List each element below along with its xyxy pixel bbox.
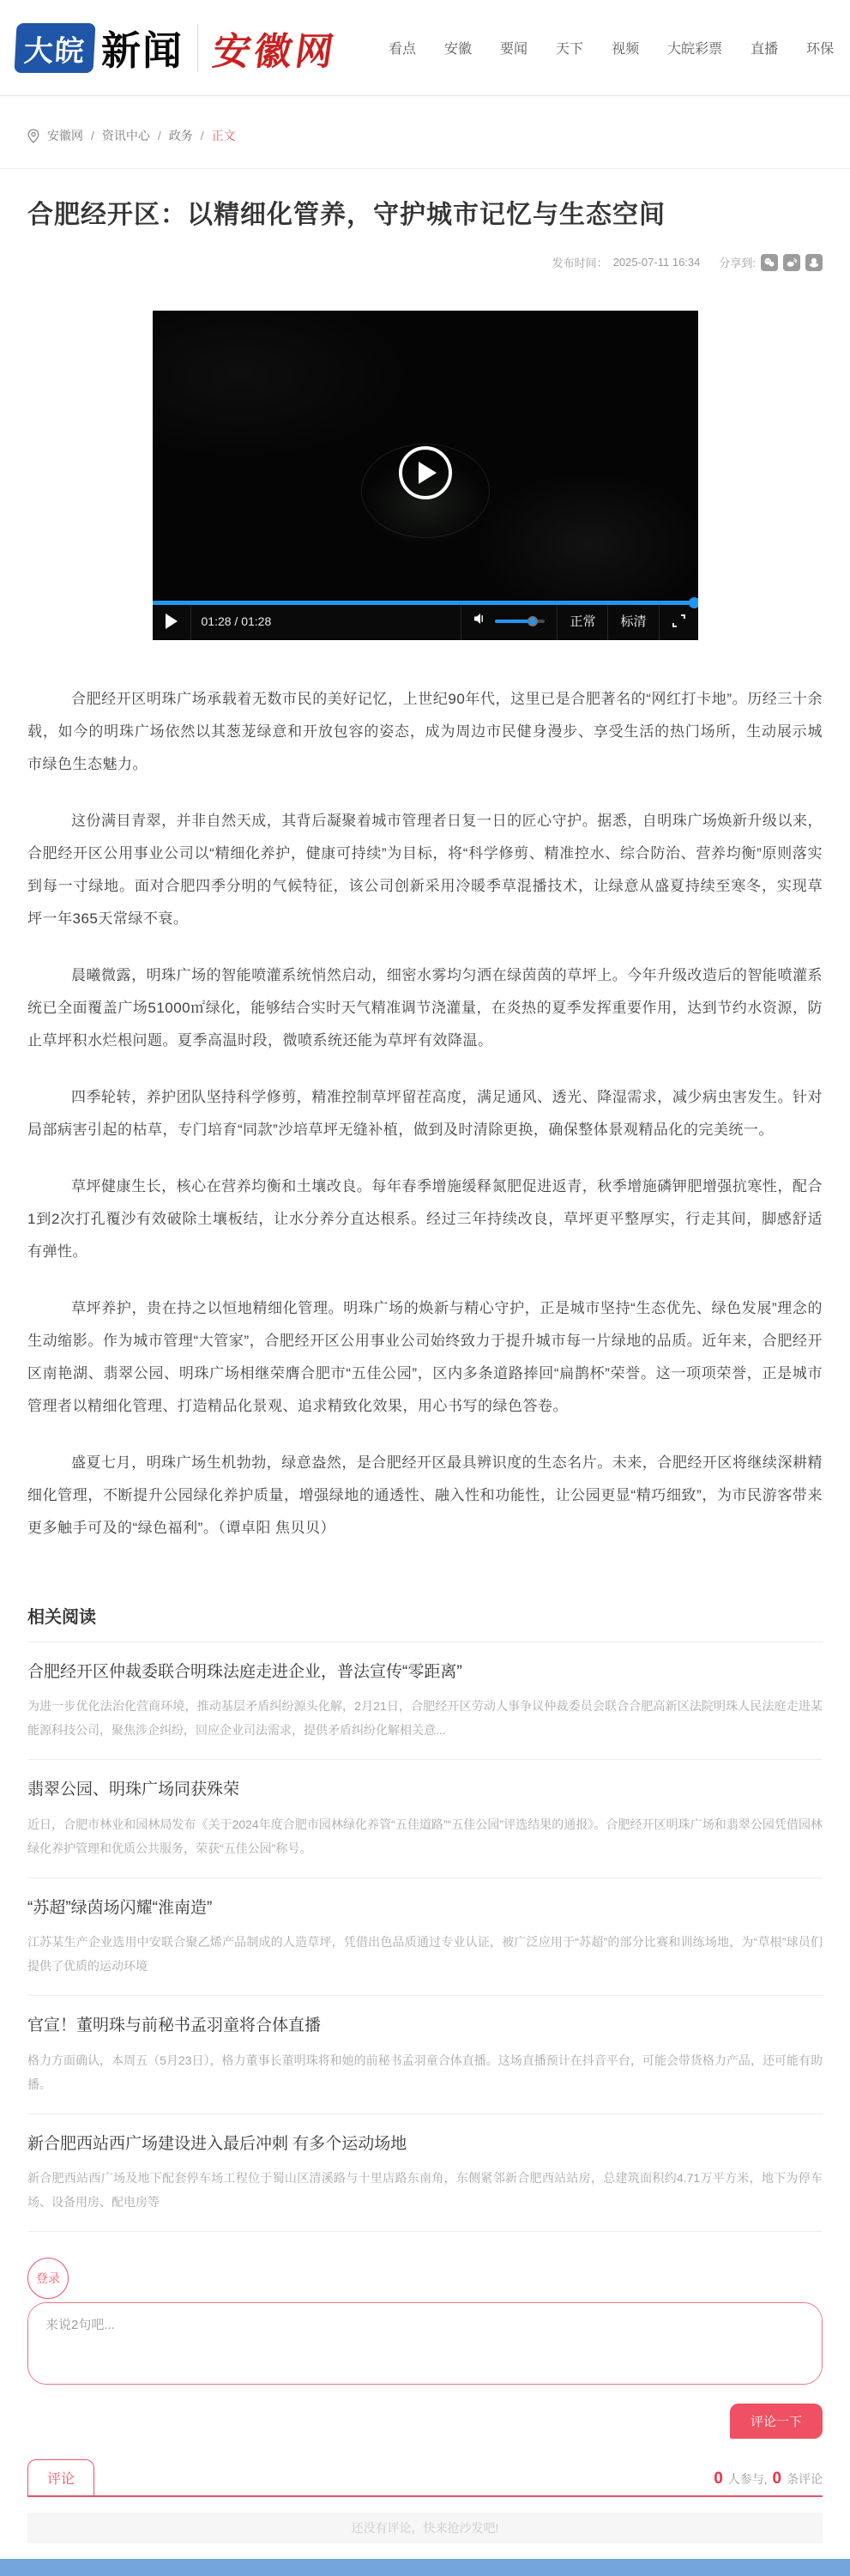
related-item: 翡翠公园、明珠广场同获殊荣 近日，合肥市林业和园林局发布《关于2024年度合肥市… — [27, 1760, 823, 1878]
location-pin-icon — [27, 129, 39, 142]
related-item: 合肥经开区仲裁委联合明珠法庭走进企业，普法宣传“零距离” 为进一步优化法治化营商… — [27, 1642, 823, 1761]
share-wechat-icon[interactable] — [761, 254, 778, 271]
breadcrumb-wrap: 安徽网 / 资讯中心 / 政务 / 正文 — [0, 96, 850, 169]
dawan-news-logo[interactable]: 大皖 新闻 — [15, 20, 184, 76]
volume-handle[interactable] — [527, 616, 538, 626]
related-item-summary: 近日，合肥市林业和园林局发布《关于2024年度合肥市园林绿化养管“五佳道路”“五… — [27, 1812, 823, 1860]
share-icons — [761, 254, 823, 271]
comment-input-box — [27, 2302, 823, 2385]
share-weibo-icon[interactable] — [783, 254, 800, 271]
video-controls: 01:28 / 01:28 正常 标清 — [153, 602, 698, 640]
page: 大皖 新闻 安徽网 看点 安徽 要闻 天下 视频 大皖彩票 直播 环保 安徽网 … — [0, 0, 850, 2576]
related-item: 官宣！董明珠与前秘书孟羽童将合体直播 格力方面确认，本周五（5月23日），格力董… — [27, 1996, 823, 2114]
article-paragraph: 晨曦微露，明珠广场的智能喷灌系统悄然启动，细密水雾均匀洒在绿茵茵的草坪上。今年升… — [27, 959, 823, 1057]
breadcrumb-separator: / — [91, 129, 94, 142]
comment-section: 登录 评论一下 评论 0 人参与, 0 条评论 还没有评论，快来抢沙发吧! — [27, 2258, 823, 2543]
playback-rate-button[interactable]: 正常 — [557, 602, 607, 640]
comment-counts: 0 人参与, 0 条评论 — [712, 2470, 823, 2495]
logo-divider — [197, 24, 198, 72]
related-item-title[interactable]: 合肥经开区仲裁委联合明珠法庭走进企业，普法宣传“零距离” — [27, 1661, 823, 1684]
nav-item-lottery[interactable]: 大皖彩票 — [667, 38, 722, 57]
video-progress-handle[interactable] — [689, 597, 698, 608]
related-item: 新合肥西站西广场建设进入最后冲刺 有多个运动场地 新合肥西站西广场及地下配套停车… — [27, 2114, 823, 2233]
breadcrumb-separator: / — [158, 129, 161, 142]
video-play-overlay-button[interactable] — [399, 446, 452, 499]
comment-submit-button[interactable]: 评论一下 — [730, 2404, 823, 2439]
nav-item-eco[interactable]: 环保 — [806, 38, 834, 57]
article-paragraph: 四季轮转，养护团队坚持科学修剪，精准控制草坪留茬高度，满足通风、透光、降湿需求，… — [27, 1081, 823, 1146]
volume-slider[interactable] — [495, 620, 545, 623]
video-volume-group — [461, 602, 557, 640]
breadcrumb-news-center[interactable]: 资讯中心 — [102, 127, 150, 144]
comments-count: 0 — [771, 2470, 784, 2488]
quality-button[interactable]: 标清 — [607, 602, 658, 640]
share-label: 分享到: — [719, 254, 756, 270]
article-paragraph: 草坪健康生长，核心在营养均衡和土壤改良。每年春季增施缓释氮肥促进返青，秋季增施磷… — [27, 1170, 823, 1268]
comment-tab[interactable]: 评论 — [27, 2459, 94, 2495]
anhuiwang-logo[interactable]: 安徽网 — [210, 21, 341, 76]
article-paragraph: 这份满目青翠，并非自然天成，其背后凝聚着城市管理者日复一日的匠心守护。据悉，自明… — [27, 805, 823, 935]
related-reading-section: 相关阅读 合肥经开区仲裁委联合明珠法庭走进企业，普法宣传“零距离” 为进一步优化… — [27, 1603, 823, 2233]
site-header: 大皖 新闻 安徽网 看点 安徽 要闻 天下 视频 大皖彩票 直播 环保 — [0, 0, 850, 96]
nav-item-hotspot[interactable]: 看点 — [389, 38, 416, 57]
comment-tab-row: 评论 0 人参与, 0 条评论 — [27, 2459, 823, 2497]
participants-count: 0 — [712, 2470, 725, 2488]
comment-submit-row: 评论一下 — [27, 2404, 823, 2439]
breadcrumb: 安徽网 / 资讯中心 / 政务 / 正文 — [27, 127, 823, 144]
dawan-logo-badge: 大皖 — [14, 23, 95, 73]
login-button[interactable]: 登录 — [27, 2258, 69, 2299]
nav-item-news[interactable]: 要闻 — [500, 38, 527, 57]
article-title: 合肥经开区：以精细化管养，守护城市记忆与生态空间 — [27, 198, 823, 233]
article-paragraph: 盛夏七月，明珠广场生机勃勃，绿意盎然，是合肥经开区最具辨识度的生态名片。未来，合… — [27, 1447, 823, 1545]
related-item-summary: 新合肥西站西广场及地下配套停车场工程位于蜀山区清溪路与十里店路东南角，东侧紧邻新… — [27, 2166, 823, 2214]
play-icon — [166, 614, 178, 629]
publish-time-value: 2025-07-11 16:34 — [613, 256, 701, 269]
related-item-title[interactable]: 官宣！董明珠与前秘书孟羽童将合体直播 — [27, 2015, 823, 2038]
article-paragraph: 草坪养护，贵在持之以恒地精细化管理。明珠广场的焕新与精心守护，正是城市坚持“生态… — [27, 1292, 823, 1423]
no-comments-banner: 还没有评论，快来抢沙发吧! — [27, 2513, 823, 2543]
related-item-summary: 格力方面确认，本周五（5月23日），格力董事长董明珠将和她的前秘书孟羽童合体直播… — [27, 2048, 823, 2096]
publish-time-label: 发布时间： — [552, 254, 608, 270]
article-paragraph: 合肥经开区明珠广场承载着无数市民的美好记忆，上世纪90年代，这里已是合肥著名的“… — [27, 683, 823, 781]
footer-bar — [0, 2559, 850, 2576]
related-item-summary: 为进一步优化法治化营商环境，推动基层矛盾纠纷源头化解，2月21日，合肥经开区劳动… — [27, 1694, 823, 1742]
nav-item-anhui[interactable]: 安徽 — [444, 38, 472, 57]
breadcrumb-current: 正文 — [212, 127, 236, 144]
related-item: “苏超”绿茵场闪耀“淮南造” 江苏某生产企业选用中安联合聚乙烯产品制成的人造草坪… — [27, 1878, 823, 1997]
share-qq-icon[interactable] — [805, 254, 823, 271]
breadcrumb-separator: / — [201, 129, 204, 142]
related-item-title[interactable]: “苏超”绿茵场闪耀“淮南造” — [27, 1897, 823, 1920]
article-body: 合肥经开区明珠广场承载着无数市民的美好记忆，上世纪90年代，这里已是合肥著名的“… — [0, 640, 850, 1577]
breadcrumb-gov[interactable]: 政务 — [169, 127, 193, 144]
nav-item-video[interactable]: 视频 — [612, 38, 639, 57]
comment-textarea[interactable] — [28, 2303, 822, 2384]
play-icon — [419, 462, 437, 484]
video-play-button[interactable] — [153, 614, 190, 629]
breadcrumb-home[interactable]: 安徽网 — [47, 127, 83, 144]
video-progress-fill — [153, 601, 698, 605]
related-item-title[interactable]: 新合肥西站西广场建设进入最后冲刺 有多个运动场地 — [27, 2133, 823, 2156]
comments-suffix: 条评论 — [783, 2472, 823, 2486]
video-player: 01:28 / 01:28 正常 标清 — [153, 311, 698, 640]
video-progress-bar[interactable] — [153, 601, 698, 605]
related-section-title: 相关阅读 — [27, 1603, 823, 1642]
dawan-logo-text: 新闻 — [101, 20, 184, 76]
nav-item-live[interactable]: 直播 — [751, 38, 778, 57]
video-time-display: 01:28 / 01:28 — [190, 602, 461, 640]
volume-icon[interactable] — [473, 613, 487, 629]
nav-item-world[interactable]: 天下 — [556, 38, 583, 57]
volume-fill — [495, 620, 530, 623]
publish-meta: 发布时间： 2025-07-11 16:34 分享到: — [27, 254, 823, 271]
participants-suffix: 人参与, — [725, 2472, 771, 2486]
related-item-title[interactable]: 翡翠公园、明珠广场同获殊荣 — [27, 1779, 823, 1802]
main-nav: 看点 安徽 要闻 天下 视频 大皖彩票 直播 环保 — [389, 38, 834, 57]
related-item-summary: 江苏某生产企业选用中安联合聚乙烯产品制成的人造草坪，凭借出色品质通过专业认证，被… — [27, 1930, 823, 1978]
